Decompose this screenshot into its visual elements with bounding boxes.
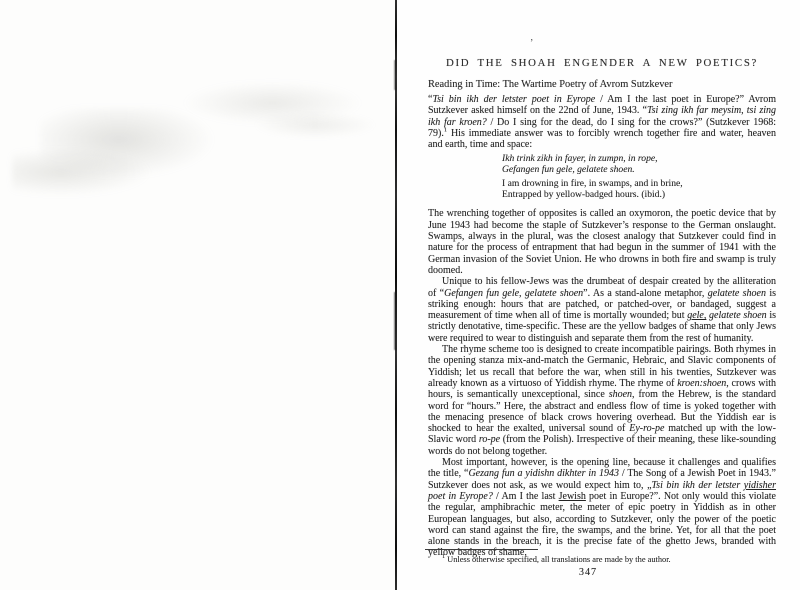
verse-blockquote: Ikh trink zikh in fayer, in zumpn, in ro… — [502, 153, 776, 200]
paragraph-2: The wrenching together of opposites is c… — [428, 208, 776, 276]
scan-smudge — [185, 82, 360, 124]
verse-yiddish: Ikh trink zikh in fayer, in zumpn, in ro… — [502, 153, 776, 175]
left-blank-page — [0, 0, 395, 590]
scan-smudge — [12, 148, 152, 196]
article-page: ’ DID THE SHOAH ENGENDER A NEW POETICS? … — [397, 0, 800, 590]
footnote: 1Unless otherwise specified, all transla… — [428, 553, 790, 564]
verse-line-yiddish-2: Gefangen fun gele, gelatete shoen. — [502, 164, 776, 175]
verse-line-yiddish-1: Ikh trink zikh in fayer, in zumpn, in ro… — [502, 153, 776, 164]
verse-line-english-1: I am drowning in fire, in swamps, and in… — [502, 178, 776, 189]
footnote-rule — [425, 549, 538, 550]
verse-line-english-2: Entrapped by yellow-badged hours. (ibid.… — [502, 189, 776, 200]
scan-smudge — [40, 108, 215, 178]
footnote-text: Unless otherwise specified, all translat… — [447, 555, 671, 564]
article-title: DID THE SHOAH ENGENDER A NEW POETICS? — [428, 57, 776, 69]
paragraph-4: The rhyme scheme too is designed to crea… — [428, 344, 776, 457]
footnote-marker: 1 — [442, 553, 445, 560]
paragraph-1: “Tsi bin ikh der letster poet in Eyrope … — [428, 94, 776, 150]
text-column: DID THE SHOAH ENGENDER A NEW POETICS? Re… — [428, 0, 776, 559]
article-subtitle: Reading in Time: The Wartime Poetry of A… — [428, 79, 776, 90]
paragraph-5: Most important, however, is the opening … — [428, 457, 776, 559]
scanned-book-spread: ’ DID THE SHOAH ENGENDER A NEW POETICS? … — [0, 0, 800, 590]
verse-english: I am drowning in fire, in swamps, and in… — [502, 178, 776, 200]
paragraph-3: Unique to his fellow-Jews was the drumbe… — [428, 276, 776, 344]
scan-smudge — [255, 112, 375, 138]
page-number: 347 — [558, 567, 618, 578]
